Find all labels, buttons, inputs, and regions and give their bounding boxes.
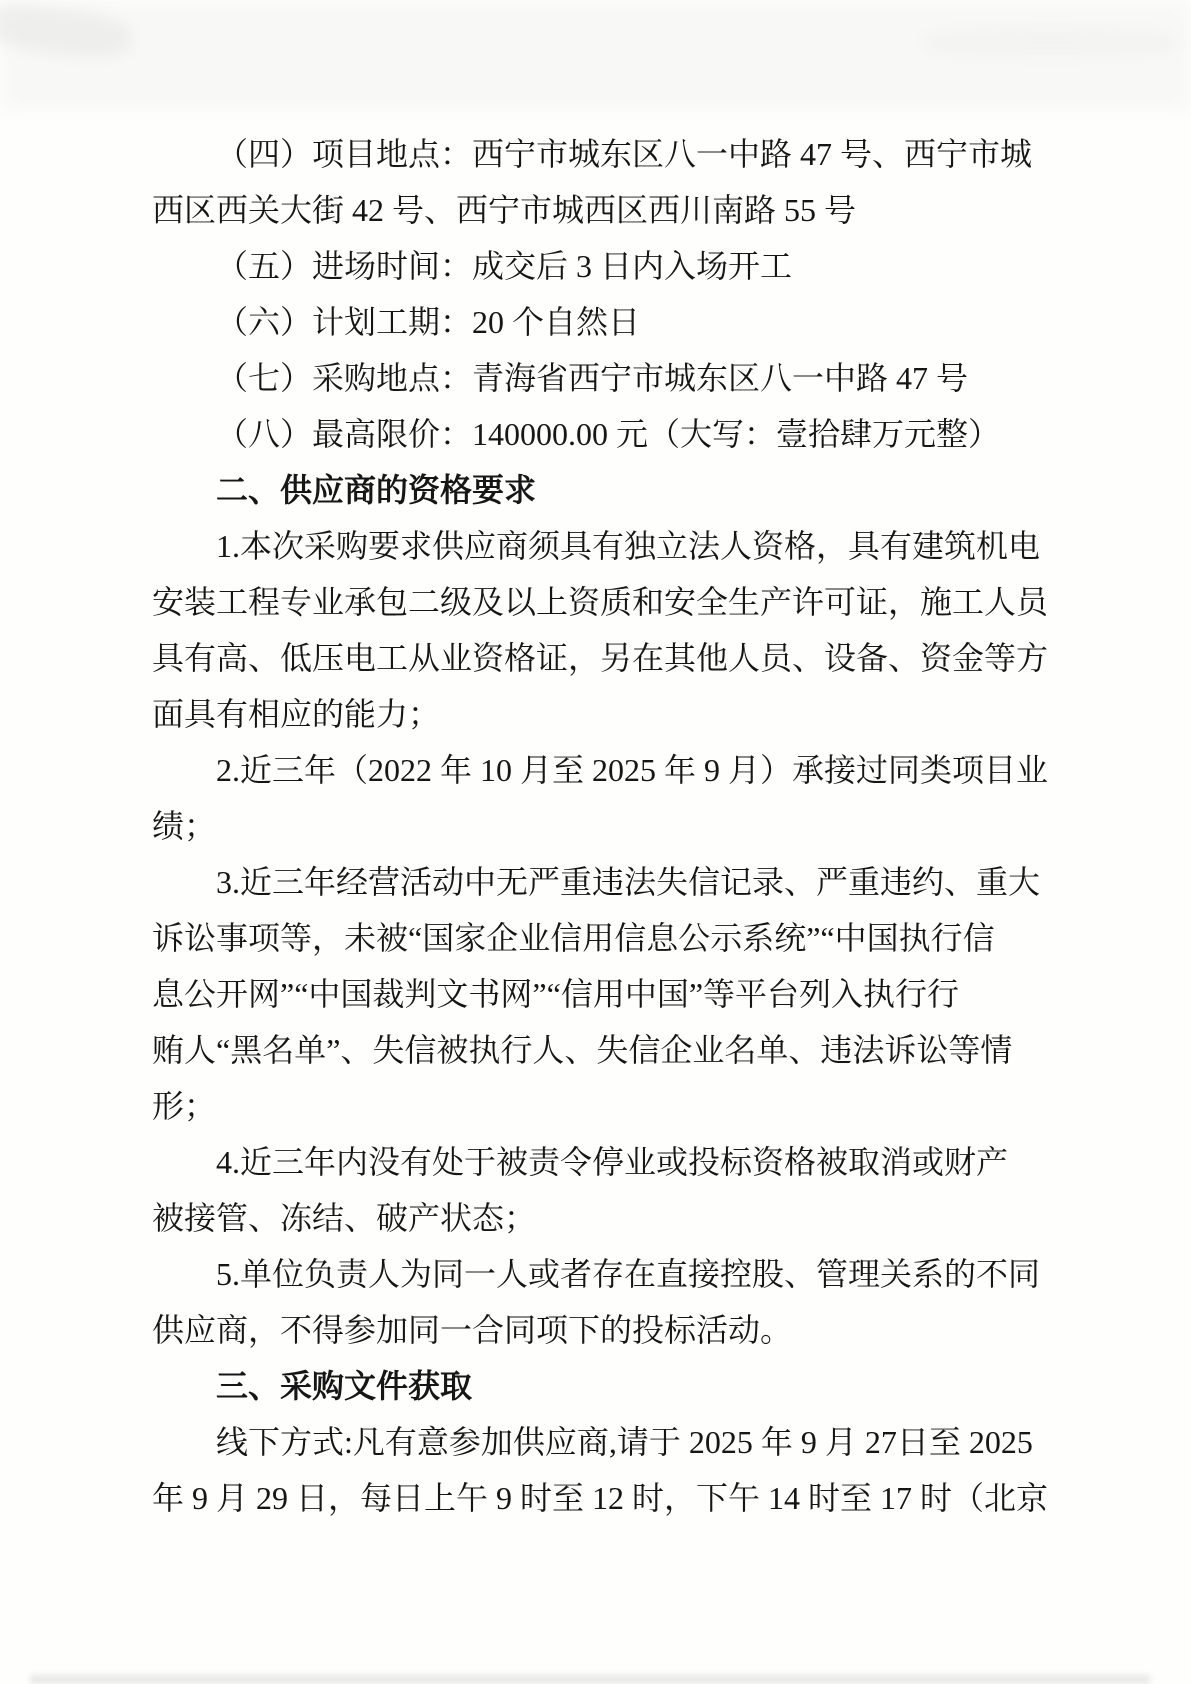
- text-line: 贿人“黑名单”、失信被执行人、失信企业名单、违法诉讼等情: [152, 1022, 1057, 1078]
- scan-artifact-topright-smudge: [921, 30, 1181, 56]
- text-line: 诉讼事项等，未被“国家企业信用信息公示系统”“中国执行信: [152, 910, 1057, 966]
- text-line: 1.本次采购要求供应商须具有独立法人资格，具有建筑机电: [152, 518, 1057, 574]
- text-line: 2.近三年（2022 年 10 月至 2025 年 9 月）承接过同类项目业: [152, 742, 1057, 798]
- text-line: 面具有相应的能力；: [152, 686, 1057, 742]
- text-line: 安装工程专业承包二级及以上资质和安全生产许可证，施工人员: [152, 574, 1057, 630]
- text-line: （六）计划工期：20 个自然日: [152, 294, 1057, 350]
- text-line: 年 9 月 29 日，每日上午 9 时至 12 时，下午 14 时至 17 时（…: [152, 1470, 1057, 1526]
- text-line: 3.近三年经营活动中无严重违法失信记录、严重违约、重大: [152, 854, 1057, 910]
- text-line: 线下方式:凡有意参加供应商,请于 2025 年 9 月 27日至 2025: [152, 1414, 1057, 1470]
- document-page: （四）项目地点：西宁市城东区八一中路 47 号、西宁市城西区西关大街 42 号、…: [0, 0, 1191, 1684]
- text-line: （四）项目地点：西宁市城东区八一中路 47 号、西宁市城: [152, 126, 1057, 182]
- text-line: （七）采购地点：青海省西宁市城东区八一中路 47 号: [152, 350, 1057, 406]
- text-line: 供应商，不得参加同一合同项下的投标活动。: [152, 1302, 1057, 1358]
- text-line: 形；: [152, 1078, 1057, 1134]
- text-line: 绩；: [152, 798, 1057, 854]
- text-line: 5.单位负责人为同一人或者存在直接控股、管理关系的不同: [152, 1246, 1057, 1302]
- text-line: 西区西关大街 42 号、西宁市城西区西川南路 55 号: [152, 182, 1057, 238]
- section-heading: 二、供应商的资格要求: [152, 462, 1057, 518]
- text-line: 4.近三年内没有处于被责令停业或投标资格被取消或财产: [152, 1134, 1057, 1190]
- text-line: 被接管、冻结、破产状态；: [152, 1190, 1057, 1246]
- section-heading: 三、采购文件获取: [152, 1358, 1057, 1414]
- scan-artifact-bottom-band: [30, 1675, 1150, 1684]
- text-line: 具有高、低压电工从业资格证，另在其他人员、设备、资金等方: [152, 630, 1057, 686]
- document-body: （四）项目地点：西宁市城东区八一中路 47 号、西宁市城西区西关大街 42 号、…: [152, 126, 1057, 1526]
- text-line: （八）最高限价：140000.00 元（大写：壹拾肆万元整）: [152, 406, 1057, 462]
- text-line: 息公开网”“中国裁判文书网”“信用中国”等平台列入执行行: [152, 966, 1057, 1022]
- scan-artifact-topleft-smudge: [0, 0, 134, 63]
- text-line: （五）进场时间：成交后 3 日内入场开工: [152, 238, 1057, 294]
- scan-artifact-top-wash: [0, 0, 1191, 112]
